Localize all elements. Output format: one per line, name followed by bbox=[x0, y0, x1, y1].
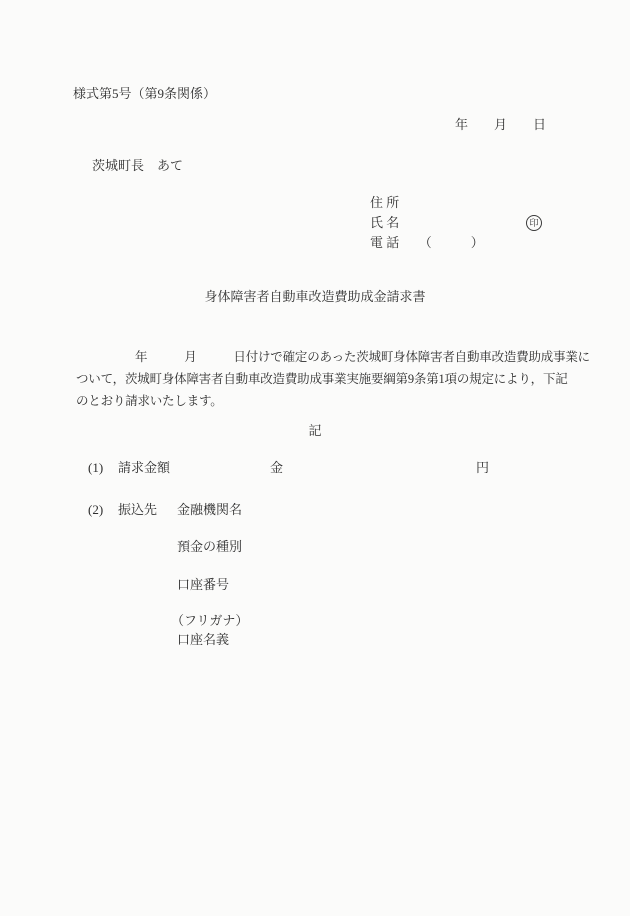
body-line-1: 年 月 日付けで確定のあった茨城町身体障害者自動車改造費助成事業に bbox=[76, 346, 582, 368]
addressee: 茨城町長 あて bbox=[92, 159, 183, 173]
item1-amount-suffix: 円 bbox=[476, 461, 489, 475]
form-number: 様式第5号（第9条関係） bbox=[73, 87, 216, 101]
sender-phone-label: 電 話 （ ） bbox=[370, 236, 484, 250]
seal-character: 印 bbox=[529, 219, 538, 228]
ki-heading: 記 bbox=[0, 424, 630, 438]
seal-icon: 印 bbox=[526, 215, 542, 231]
item1-label: 請求金額 bbox=[118, 461, 170, 475]
item2-number: (2) bbox=[88, 503, 103, 517]
body-line-3: のとおり請求いたします。 bbox=[76, 390, 582, 412]
item2-field-bank-name: 金融機関名 bbox=[177, 503, 242, 517]
item1-amount-prefix: 金 bbox=[270, 461, 283, 475]
item2-field-account-holder: 口座名義 bbox=[177, 633, 229, 647]
item2-field-furigana: （フリガナ） bbox=[171, 614, 248, 628]
body-paragraph: 年 月 日付けで確定のあった茨城町身体障害者自動車改造費助成事業に ついて，茨城… bbox=[76, 346, 582, 412]
document-title: 身体障害者自動車改造費助成金請求書 bbox=[0, 290, 630, 304]
body-line-2: ついて，茨城町身体障害者自動車改造費助成事業実施要綱第9条第1項の規定により，下… bbox=[76, 368, 582, 390]
item2-field-deposit-type: 預金の種別 bbox=[177, 540, 242, 554]
item1-number: (1) bbox=[88, 461, 103, 475]
sender-name-label: 氏 名 bbox=[370, 216, 399, 230]
item2-label: 振込先 bbox=[118, 503, 157, 517]
document-page: 様式第5号（第9条関係） 年 月 日 茨城町長 あて 住 所 氏 名 印 電 話… bbox=[0, 0, 630, 916]
item2-field-account-number: 口座番号 bbox=[177, 578, 229, 592]
date-line: 年 月 日 bbox=[455, 118, 546, 132]
sender-address-label: 住 所 bbox=[370, 196, 399, 210]
